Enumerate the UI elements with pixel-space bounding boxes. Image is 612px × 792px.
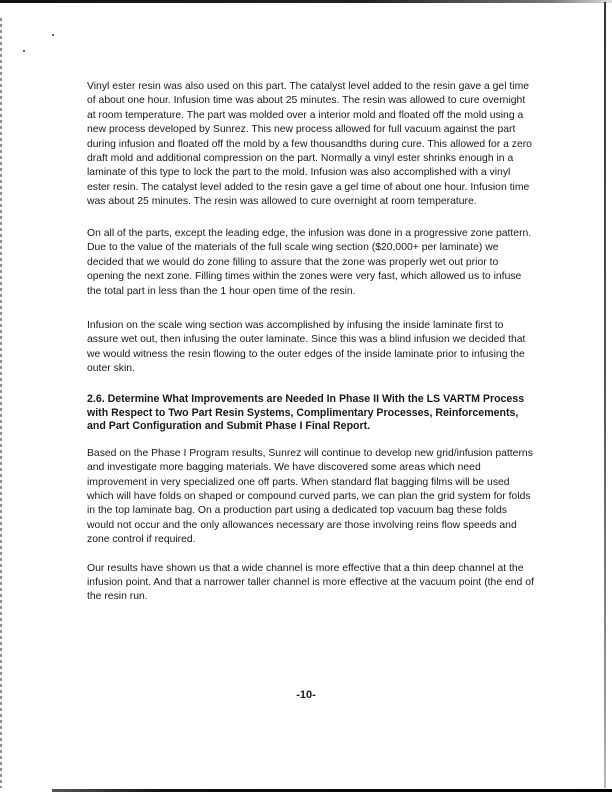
paragraph-progressive-zone: On all of the parts, except the leading … — [87, 227, 535, 307]
page-body: Vinyl ester resin was also used on this … — [87, 80, 535, 605]
paragraph-phase-one-results: Based on the Phase I Program results, Su… — [87, 447, 535, 548]
scan-border-left — [0, 18, 2, 788]
scan-border-right — [604, 2, 606, 788]
paragraph-vinyl-ester: Vinyl ester resin was also used on this … — [87, 80, 535, 209]
page-number: -10- — [0, 689, 612, 701]
section-heading-2-6: 2.6. Determine What Improvements are Nee… — [87, 393, 535, 434]
scan-speck — [23, 50, 25, 52]
paragraph-channel-results: Our results have shown us that a wide ch… — [87, 562, 535, 605]
paragraph-scale-wing: Infusion on the scale wing section was a… — [87, 319, 535, 382]
scan-speck — [52, 34, 54, 36]
scan-border-top — [0, 0, 612, 3]
